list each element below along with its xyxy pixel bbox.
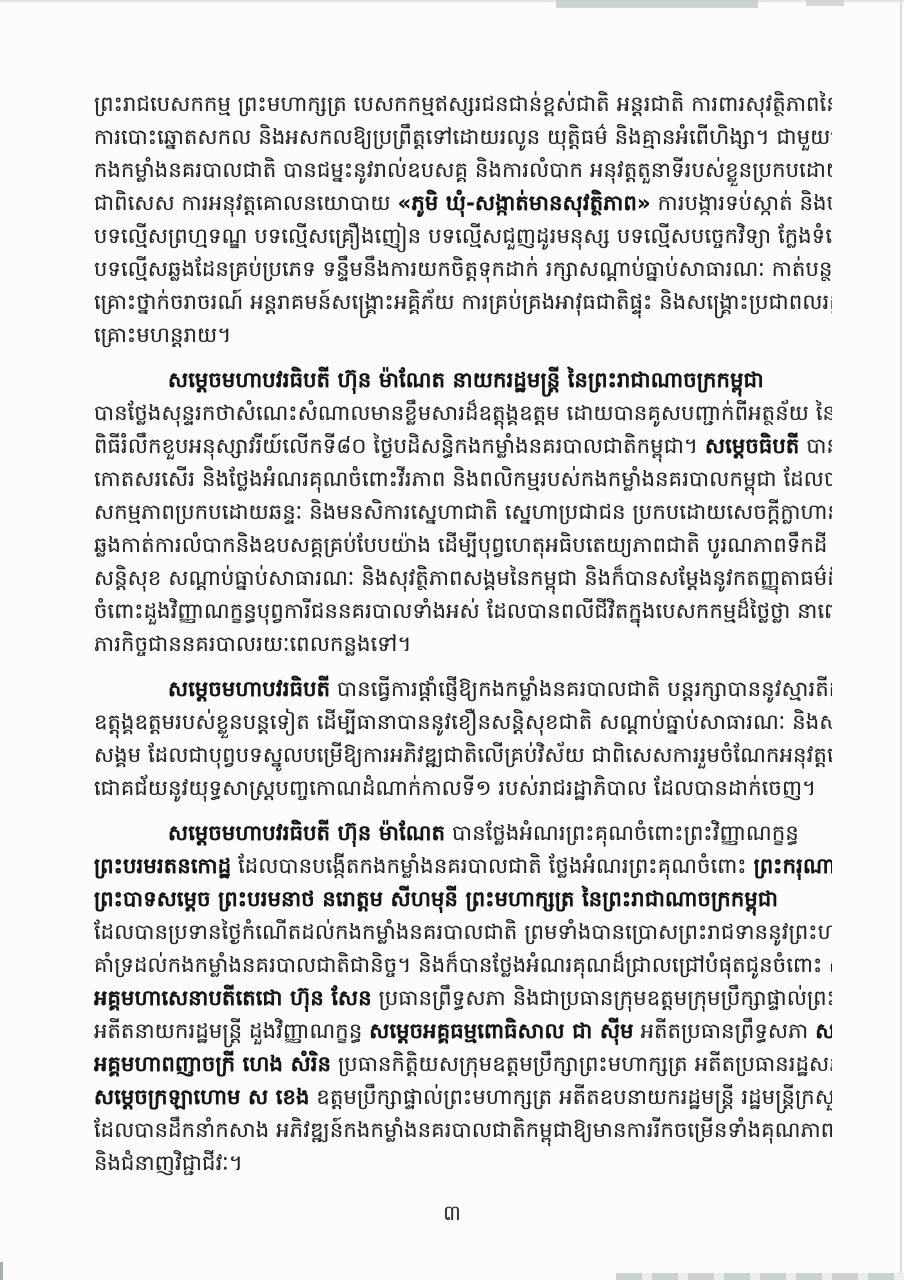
text-run: សកម្មភាពប្រកបដោយឆន្ទៈ និងមនសិការស្នេហាជា… [94, 500, 832, 524]
paragraph: សម្តេចមហាបវរធិបតី ហ៊ុន ម៉ាណែត បានថ្លែងអំ… [94, 817, 832, 1180]
text-line: សន្តិសុខ សណ្តាប់ធ្នាប់សាធារណៈ និងសុវត្ថិ… [94, 562, 832, 595]
scanned-document-page: ព្រះរាជបេសកកម្ម ព្រះមហាក្សត្រ បេសកកម្មឥស… [0, 0, 904, 1280]
text-run: ឧត្តុង្គឧត្តមរបស់ខ្លួនបន្តទៀត ដើម្បីធានា… [94, 710, 832, 734]
text-line: សម្តេចមហាបវរធិបតី បានធ្វើការផ្តាំផ្ញើឱ្យ… [94, 673, 832, 706]
bold-text-run: ព្រះបាទសម្តេច ព្រះបរមនាថ នរោត្តម សីហមុនី… [94, 887, 778, 911]
text-line: បទល្មើសឆ្លងដែនគ្រប់ប្រភេទ ទន្ទឹមនឹងការយក… [94, 253, 832, 286]
text-run: គ្រោះថ្នាក់ចរាចរណ៍ អន្តរាគមន៍សង្គ្រោះអគ្… [94, 290, 832, 314]
scan-artifact-bottom-strip [616, 1273, 904, 1280]
text-run: ឧត្តមប្រឹក្សាផ្ទាល់ព្រះមហាក្សត្រ អតីតឧបន… [310, 1085, 832, 1109]
text-run: ដែលបានដឹកនាំកសាង អភិវឌ្ឍន៍កងកម្លាំងនគរបា… [94, 1118, 832, 1142]
bold-text-run: សម្តេចមហាបវរធិបតី [168, 677, 330, 701]
text-line: ព្រះបាទសម្តេច ព្រះបរមនាថ នរោត្តម សីហមុនី… [94, 883, 832, 916]
text-line: អគ្គមហាពញាចក្រី ហេង សំរិន ប្រធានកិត្តិយស… [94, 1048, 832, 1081]
bold-text-run: សម្តេចអគ្គធម្មពោធិសាល ជា ស៊ីម [369, 1019, 633, 1043]
page-number: ៣ [0, 1198, 904, 1228]
text-line: និងជំនាញវិជ្ជាជីវៈ។ [94, 1147, 832, 1180]
text-line: ព្រះបរមរតនកោដ្ឋ ដែលបានបង្កើតកងកម្លាំងនគរ… [94, 850, 832, 883]
text-run: បានថ្លែងសុន្ទរកថាសំណេះសំណាលមានខ្លឹមសារដ៏… [94, 401, 832, 425]
text-run: ប្រធានព្រឹទ្ធសភា និងជាប្រធានក្រុមឧត្តមក្… [372, 986, 832, 1010]
paragraph: សម្តេចមហាបវរធិបតី ហ៊ុន ម៉ាណែត នាយករដ្ឋមន… [94, 364, 832, 661]
text-run: ដែលបានប្រទានថ្ងៃកំណើតដល់កងកម្លាំងនគរបាលជ… [94, 920, 832, 944]
text-run: អតីតប្រធានព្រឹទ្ធសភា [634, 1019, 816, 1043]
text-line: អគ្គមហាសេនាបតីតេជោ ហ៊ុន សែន ប្រធានព្រឹទ្… [94, 982, 832, 1015]
text-line: បានថ្លែងសុន្ទរកថាសំណេះសំណាលមានខ្លឹមសារដ៏… [94, 397, 832, 430]
text-run: បទល្មើសឆ្លងដែនគ្រប់ប្រភេទ ទន្ទឹមនឹងការយក… [94, 257, 832, 281]
bold-text-run: សម្តេចក្រឡាហោម ស ខេង [94, 1085, 310, 1109]
text-run: ដែលបានបង្កើតកងកម្លាំងនគរបាលជាតិ ថ្លែងអំណ… [231, 854, 753, 878]
text-line: ឧត្តុង្គឧត្តមរបស់ខ្លួនបន្តទៀត ដើម្បីធានា… [94, 706, 832, 739]
text-line: ភារកិច្ចជាននគរបាលរយៈពេលកន្លងទៅ។ [94, 628, 832, 661]
text-line: បទល្មើសព្រហ្មទណ្ឌ បទល្មើសគ្រឿងញៀន បទល្មើ… [94, 220, 832, 253]
text-run: ជោគជ័យនូវយុទ្ធសាស្ត្របញ្ចកោណដំណាក់កាលទី១… [94, 776, 816, 800]
text-run: បទល្មើសព្រហ្មទណ្ឌ បទល្មើសគ្រឿងញៀន បទល្មើ… [94, 224, 832, 248]
text-line: ជោគជ័យនូវយុទ្ធសាស្ត្របញ្ចកោណដំណាក់កាលទី១… [94, 772, 832, 805]
text-line: គាំទ្រដល់កងកម្លាំងនគរបាលជាតិជានិច្ច។ និង… [94, 949, 832, 982]
text-run: កងកម្លាំងនគរបាលជាតិ បានជម្នះនូវរាល់ឧបសគ្… [94, 158, 832, 182]
text-line: ព្រះរាជបេសកកម្ម ព្រះមហាក្សត្រ បេសកកម្មឥស… [94, 88, 832, 121]
text-line: ចំពោះដួងវិញ្ញាណក្ខន្ធបុព្វការីជននគរបាលទា… [94, 595, 832, 628]
scan-artifact-left-tick [0, 1262, 3, 1280]
text-line: កងកម្លាំងនគរបាលជាតិ បានជម្នះនូវរាល់ឧបសគ្… [94, 154, 832, 187]
text-run: ឆ្លងកាត់ការលំបាកនិងឧបសគ្គគ្រប់បែបយ៉ាង ដើ… [94, 533, 832, 557]
text-line: ដែលបានដឹកនាំកសាង អភិវឌ្ឍន៍កងកម្លាំងនគរបា… [94, 1114, 832, 1147]
text-run: ចំពោះដួងវិញ្ញាណក្ខន្ធបុព្វការីជននគរបាលទា… [94, 599, 832, 623]
text-run: ប្រធានកិត្តិយសក្រុមឧត្តមប្រឹក្សាព្រះមហាក… [331, 1052, 832, 1076]
text-run: បានធ្វើការ [799, 434, 832, 458]
text-run: និងជំនាញវិជ្ជាជីវៈ។ [94, 1151, 243, 1175]
text-run: ការបង្ការទប់ស្កាត់ និងបង្ក្រាប [651, 191, 832, 215]
text-run: បានថ្លែងអំណរព្រះគុណចំពោះព្រះវិញ្ញាណក្ខន្… [445, 821, 799, 845]
text-run: កោតសរសើរ និងថ្លែងអំណរគុណចំពោះវីរភាព និងព… [94, 467, 832, 491]
text-line: អតីតនាយករដ្ឋមន្ត្រី ដួងវិញ្ញាណក្ខន្ធ សម្… [94, 1015, 832, 1048]
scan-artifact-right-edge [900, 0, 902, 1280]
bold-text-run: អគ្គមហាសេនាបតីតេជោ ហ៊ុន សែន [94, 986, 372, 1010]
text-line: សម្តេចមហាបវរធិបតី ហ៊ុន ម៉ាណែត នាយករដ្ឋមន… [94, 364, 832, 397]
text-line: ការបោះឆ្នោតសកល និងអសកលឱ្យប្រព្រឹត្តទៅដោយ… [94, 121, 832, 154]
text-run: អតីតនាយករដ្ឋមន្ត្រី ដួងវិញ្ញាណក្ខន្ធ [94, 1019, 369, 1043]
bold-text-run: ព្រះករុណា [754, 854, 832, 878]
text-run: គ្រោះមហន្តរាយ។ [94, 323, 231, 347]
text-line: សកម្មភាពប្រកបដោយឆន្ទៈ និងមនសិការស្នេហាជា… [94, 496, 832, 529]
text-line: គ្រោះមហន្តរាយ។ [94, 319, 832, 352]
text-run: បានធ្វើការផ្តាំផ្ញើឱ្យកងកម្លាំងនគរបាលជាត… [330, 677, 832, 701]
paragraph: ព្រះរាជបេសកកម្ម ព្រះមហាក្សត្រ បេសកកម្មឥស… [94, 88, 832, 352]
document-body: ព្រះរាជបេសកកម្ម ព្រះមហាក្សត្រ បេសកកម្មឥស… [94, 88, 832, 1192]
bold-text-run: សម្តេច [829, 953, 832, 977]
text-run: ភារកិច្ចជាននគរបាលរយៈពេលកន្លងទៅ។ [94, 632, 412, 656]
text-line: ឆ្លងកាត់ការលំបាកនិងឧបសគ្គគ្រប់បែបយ៉ាង ដើ… [94, 529, 832, 562]
text-run: ពិធីរំលឹកខួបអនុស្សាវរីយ៍លើកទី៨០ ថ្ងៃបដិស… [94, 434, 705, 458]
bold-text-run: សម្តេចមហាបវរធិបតី ហ៊ុន ម៉ាណែត នាយករដ្ឋមន… [168, 368, 764, 392]
text-line: សង្គម ដែលជាបុព្វបទស្នូលបម្រើឱ្យការអភិវឌ្… [94, 739, 832, 772]
text-line: កោតសរសើរ និងថ្លែងអំណរគុណចំពោះវីរភាព និងព… [94, 463, 832, 496]
scan-artifact-top-hairline [0, 0, 904, 2]
text-run: ព្រះរាជបេសកកម្ម ព្រះមហាក្សត្រ បេសកកម្មឥស… [94, 92, 832, 116]
bold-text-run: ព្រះបរមរតនកោដ្ឋ [94, 854, 231, 878]
bold-text-run: អគ្គមហាពញាចក្រី ហេង សំរិន [94, 1052, 331, 1076]
text-line: ជាពិសេស ការអនុវត្តគោលនយោបាយ «ភូមិ ឃុំ-សង… [94, 187, 832, 220]
scan-artifact-top-bar-small [806, 0, 844, 6]
bold-text-run: សម្តេចធិបតី [705, 434, 800, 458]
text-run: ការបោះឆ្នោតសកល និងអសកលឱ្យប្រព្រឹត្តទៅដោយ… [94, 125, 832, 149]
text-run: ជាពិសេស ការអនុវត្តគោលនយោបាយ [94, 191, 398, 215]
text-line: គ្រោះថ្នាក់ចរាចរណ៍ អន្តរាគមន៍សង្គ្រោះអគ្… [94, 286, 832, 319]
text-line: សម្តេចមហាបវរធិបតី ហ៊ុន ម៉ាណែត បានថ្លែងអំ… [94, 817, 832, 850]
scan-artifact-top-bar [556, 0, 758, 8]
paragraph: សម្តេចមហាបវរធិបតី បានធ្វើការផ្តាំផ្ញើឱ្យ… [94, 673, 832, 805]
text-line: ពិធីរំលឹកខួបអនុស្សាវរីយ៍លើកទី៨០ ថ្ងៃបដិស… [94, 430, 832, 463]
text-line: សម្តេចក្រឡាហោម ស ខេង ឧត្តមប្រឹក្សាផ្ទាល់… [94, 1081, 832, 1114]
text-run: សន្តិសុខ សណ្តាប់ធ្នាប់សាធារណៈ និងសុវត្ថិ… [94, 566, 832, 590]
text-run: សង្គម ដែលជាបុព្វបទស្នូលបម្រើឱ្យការអភិវឌ្… [94, 743, 832, 767]
bold-text-run: សម្តេចមហាបវរធិបតី ហ៊ុន ម៉ាណែត [168, 821, 445, 845]
bold-text-run: សម្តេច [815, 1019, 832, 1043]
bold-text-run: «ភូមិ ឃុំ-សង្កាត់មានសុវត្ថិភាព» [398, 191, 651, 215]
text-run: គាំទ្រដល់កងកម្លាំងនគរបាលជាតិជានិច្ច។ និង… [94, 953, 829, 977]
text-line: ដែលបានប្រទានថ្ងៃកំណើតដល់កងកម្លាំងនគរបាលជ… [94, 916, 832, 949]
